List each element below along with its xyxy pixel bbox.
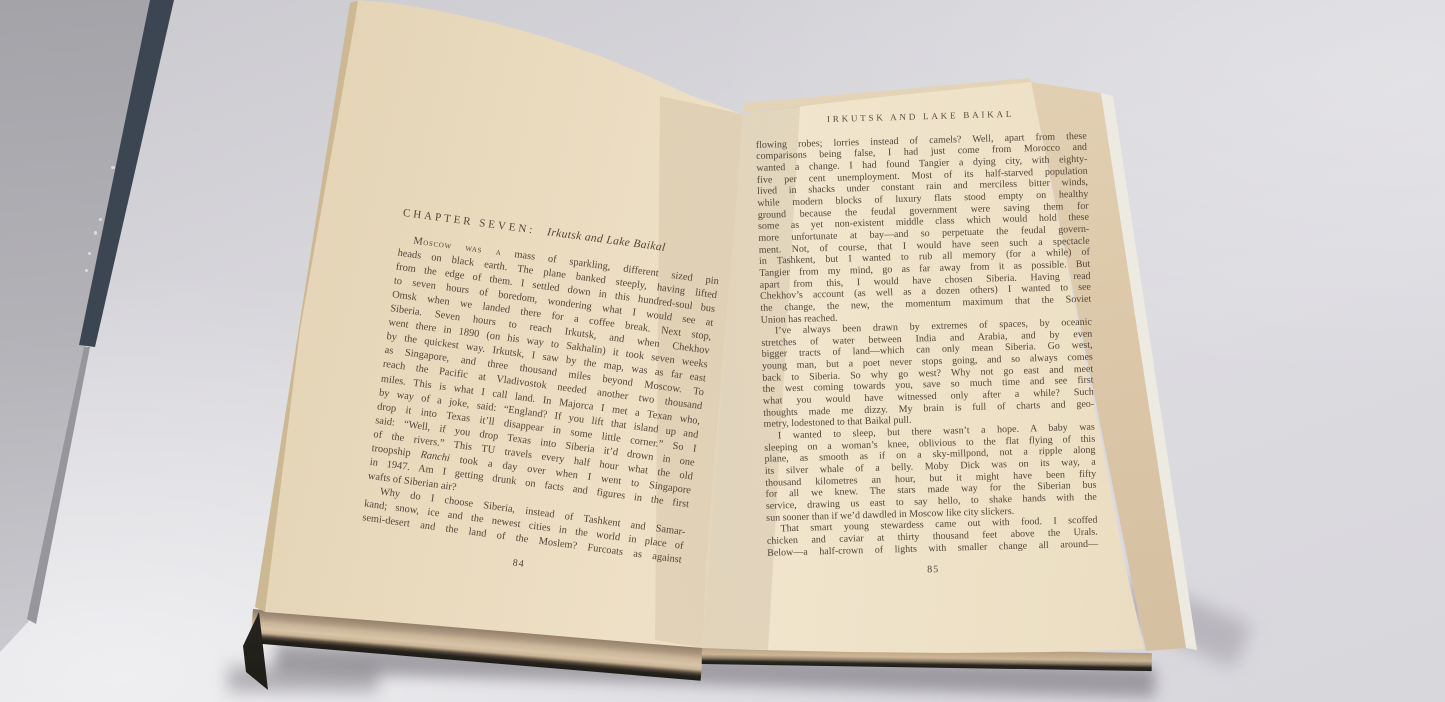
book-shadow-left [228, 666, 378, 692]
gutter-shadow-left [0, 0, 1445, 702]
table-surface-lighting [0, 0, 1445, 702]
gutter-shadow-right [0, 0, 1445, 702]
page-number-right: 85 [768, 560, 1099, 581]
right-page-body: flowing robes; lorries instead of camels… [756, 130, 1099, 559]
chapter-title: Irkutsk and Lake Baikal [546, 226, 666, 254]
photo-of-open-book: CHAPTER SEVEN:Irkutsk and Lake Baikal Mo… [0, 0, 1445, 702]
book-cover-corner [0, 0, 1445, 702]
right-page-text: IRKUTSK AND LAKE BAIKAL flowing robes; l… [755, 107, 1099, 581]
left-page-text: CHAPTER SEVEN:Irkutsk and Lake Baikal Mo… [358, 206, 723, 593]
paint-speck [99, 218, 102, 221]
table-surface-left [0, 0, 1445, 702]
page-block-fore-edge [0, 0, 1445, 702]
dark-cover-edge-strip [0, 0, 1445, 702]
running-head: IRKUTSK AND LAKE BAIKAL [755, 107, 1086, 128]
paint-speck [111, 166, 115, 169]
right-page [0, 0, 1445, 702]
left-page-body: Moscow was a mass of sparkling, differen… [361, 233, 719, 568]
paint-speck [88, 252, 91, 255]
surface-fold-line [0, 0, 1445, 702]
fore-edge-highlight [0, 0, 1445, 702]
paint-speck [85, 269, 88, 272]
page-block-edge-top [0, 0, 1445, 702]
page-block-edge-left [0, 0, 1445, 702]
paint-speck [94, 231, 97, 235]
chapter-label: CHAPTER SEVEN: [402, 207, 536, 237]
left-page [0, 0, 1445, 702]
